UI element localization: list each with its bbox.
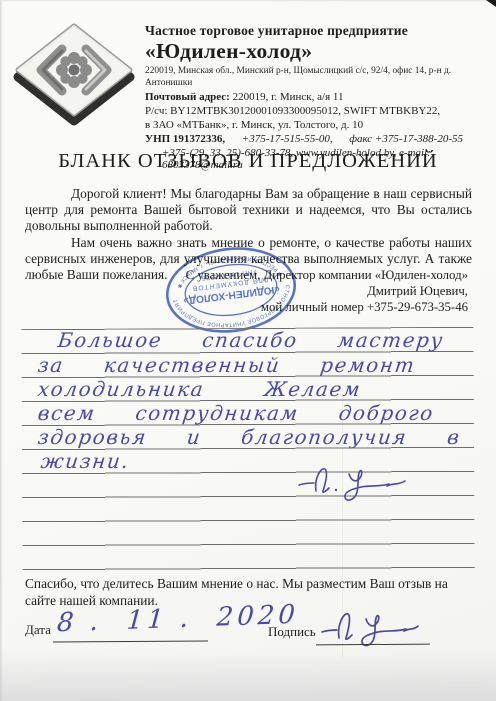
scan-bottom-shade	[0, 649, 496, 701]
review-line-1: Большое спасибо мастеру	[57, 328, 446, 352]
unp-phone-row: УНП 191372336, +375-17-515-55-00, факс +…	[145, 134, 463, 146]
org-type: Частное торговое унитарное предприятие	[145, 23, 491, 39]
paragraph-greeting: Дорогой клиент! Мы благодарны Вам за обр…	[25, 186, 472, 235]
fax-number: факс +375-17-388-20-55	[349, 134, 463, 146]
unp-number: УНП 191372336,	[145, 134, 225, 146]
company-name: «Юдилен-холод»	[145, 39, 491, 64]
postal-label: Почтовый адрес:	[145, 91, 230, 103]
scan-edge-top	[0, 0, 496, 2]
review-line-4: всем сотрудникам доброго	[37, 401, 436, 425]
date-underline	[53, 640, 208, 642]
scan-edge-left	[0, 0, 3, 701]
scan-corner-speck	[486, 0, 496, 7]
bank-account: Р/сч: BY12MTBK30120001093300095012, SWIF…	[145, 106, 491, 118]
letterhead: Частное торговое унитарное предприятие «…	[145, 23, 491, 171]
reviewer-signature-ink	[295, 462, 413, 502]
review-line-6: жизни.	[40, 449, 131, 473]
bank-name: в ЗАО «МТБанк», г. Минск, ул. Толстого, …	[145, 120, 491, 132]
company-address: 220019, Минская обл., Минский р-н, Щомыс…	[145, 65, 491, 89]
postal-address: Почтовый адрес: 220019, г. Минск, а/я 11	[145, 92, 491, 104]
signature-label: Подпись	[268, 624, 316, 640]
client-signature-ink	[320, 606, 420, 648]
review-line-2: за качественный ремонт	[37, 353, 417, 377]
date-label: Дата	[25, 622, 51, 638]
company-logo-diamond-snowflake-icon	[10, 18, 138, 130]
scanned-feedback-form: Частное торговое унитарное предприятие «…	[0, 0, 496, 701]
review-line-3: холодильника Желаем	[37, 377, 363, 401]
form-title: БЛАНК ОТЗЫВОВ И ПРЕДЛОЖЕНИЙ	[0, 150, 496, 173]
postal-value: 220019, г. Минск, а/я 11	[230, 91, 344, 103]
review-line-5: здоровья и благополучия в	[37, 425, 462, 449]
phone-main: +375-17-515-55-00,	[242, 134, 333, 146]
